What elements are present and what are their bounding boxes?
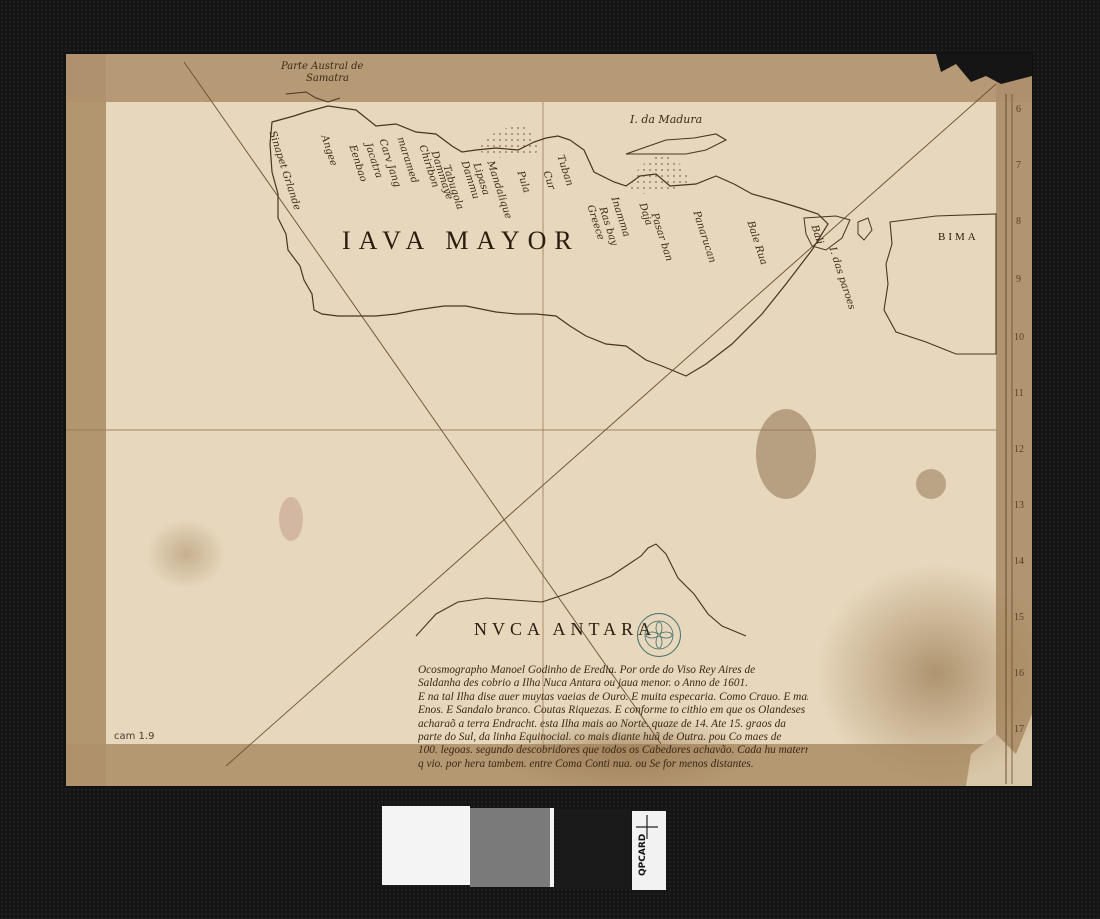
lat-tick: 12 xyxy=(1014,444,1024,455)
white-patch xyxy=(382,806,470,885)
map-sheet: Parte Austral de Samatra I. da Madura IA… xyxy=(66,54,1032,786)
note-line: q vio. por hera tambem. entre Coma Conti… xyxy=(418,758,808,771)
note-line: Ocosmographo Manoel Godinho de Eredia. P… xyxy=(418,664,808,677)
lat-tick: 6 xyxy=(1016,104,1021,115)
lat-tick: 8 xyxy=(1016,216,1021,227)
lat-tick: 15 xyxy=(1014,612,1024,623)
lat-tick: 7 xyxy=(1016,160,1021,171)
gray-patch xyxy=(470,808,550,887)
lat-tick: 13 xyxy=(1014,500,1024,511)
note-line: parte do Sul, da linha Equinocial. co ma… xyxy=(418,731,808,744)
lat-tick: 11 xyxy=(1014,388,1024,399)
lat-tick: 16 xyxy=(1014,668,1024,679)
qpcard-brand: QPCARD xyxy=(638,834,648,876)
bima-label: BIMA xyxy=(938,232,979,243)
cartographer-note: Ocosmographo Manoel Godinho de Eredia. P… xyxy=(418,664,808,771)
nuca-antara-title: NVCA ANTARA xyxy=(474,620,656,638)
inventory-mark: cam 1.9 xyxy=(114,731,154,742)
sumatra-label: Parte Austral de xyxy=(281,62,363,72)
note-line: Saldanha des cobrio a Ilha Nuca Antara o… xyxy=(418,677,808,690)
madura-label: I. da Madura xyxy=(630,114,702,125)
note-line: Enos. E Sandalo branco. Coutas Riquezas.… xyxy=(418,704,808,717)
note-line: acharaõ a terra Endracht. esta Ilha mais… xyxy=(418,718,808,731)
black-patch xyxy=(555,810,631,889)
library-stamp xyxy=(637,613,681,657)
note-line: 100. legoas. segundo descobridores que t… xyxy=(418,744,808,757)
stamp-rosette-icon xyxy=(638,614,680,656)
note-line: E na tal Ilha dise auer muytas vaeias de… xyxy=(418,691,808,704)
lat-tick: 17 xyxy=(1014,724,1024,735)
card-gap xyxy=(550,808,554,887)
lat-tick: 14 xyxy=(1014,556,1024,567)
lat-tick: 10 xyxy=(1014,332,1024,343)
sumatra-label-2: Samatra xyxy=(306,74,349,84)
lat-tick: 9 xyxy=(1016,274,1021,285)
java-title: IAVA MAYOR xyxy=(342,228,580,254)
